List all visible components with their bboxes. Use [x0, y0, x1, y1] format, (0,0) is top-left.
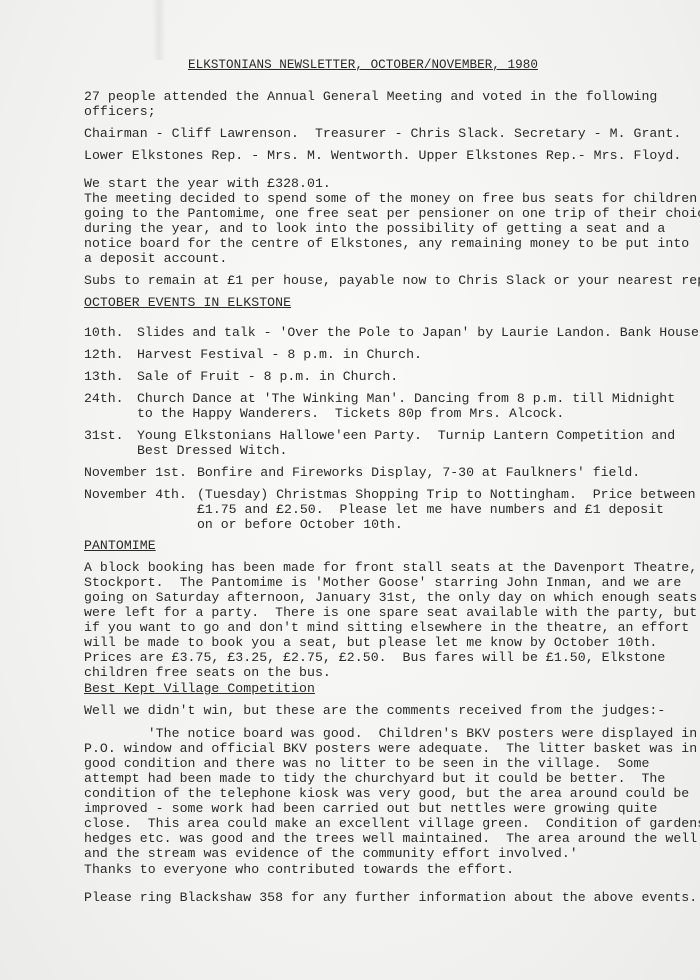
- event-text: to the Happy Wanderers. Tickets 80p from…: [137, 406, 564, 421]
- event-date: 10th.: [84, 325, 124, 340]
- newsletter-page: ELKSTONIANS NEWSLETTER, OCTOBER/NOVEMBER…: [0, 0, 700, 980]
- event-text: Harvest Festival - 8 p.m. in Church.: [137, 347, 422, 362]
- event-text: Church Dance at 'The Winking Man'. Danci…: [137, 391, 675, 406]
- pantomime-line: children free seats on the bus.: [84, 665, 331, 680]
- subs-line: Subs to remain at £1 per house, payable …: [84, 273, 700, 288]
- bkv-quote-line: condition of the telephone kiosk was ver…: [84, 786, 689, 801]
- bkv-quote-line: attempt had been made to tidy the church…: [84, 771, 665, 786]
- agm-intro-line: officers;: [84, 104, 156, 119]
- paper-fold: [152, 0, 166, 60]
- event-text: on or before October 10th.: [197, 517, 403, 532]
- contact-line: Please ring Blackshaw 358 for any furthe…: [84, 890, 697, 905]
- bkv-quote-line: 'The notice board was good. Children's B…: [84, 726, 697, 741]
- events-heading: OCTOBER EVENTS IN ELKSTONE: [84, 295, 291, 310]
- decision-line: The meeting decided to spend some of the…: [84, 191, 697, 206]
- event-date: November 1st.: [84, 465, 187, 480]
- event-text: Slides and talk - 'Over the Pole to Japa…: [137, 325, 700, 340]
- officers-line: Lower Elkstones Rep. - Mrs. M. Wentworth…: [84, 148, 681, 163]
- bkv-thanks: Thanks to everyone who contributed towar…: [84, 862, 514, 877]
- decision-line: going to the Pantomime, one free seat pe…: [84, 206, 700, 221]
- event-date: 31st.: [84, 428, 124, 443]
- pantomime-line: A block booking has been made for front …: [84, 560, 697, 575]
- event-text: Sale of Fruit - 8 p.m. in Church.: [137, 369, 398, 384]
- event-date: 12th.: [84, 347, 124, 362]
- pantomime-line: were left for a party. There is one spar…: [84, 605, 697, 620]
- bkv-quote-line: P.O. window and official BKV posters wer…: [84, 741, 697, 756]
- event-date: 24th.: [84, 391, 124, 406]
- event-text: Bonfire and Fireworks Display, 7-30 at F…: [197, 465, 640, 480]
- bkv-quote-line: good condition and there was no litter t…: [84, 756, 649, 771]
- agm-intro-line: 27 people attended the Annual General Me…: [84, 89, 657, 104]
- bkv-quote-line: improved - some work had been carried ou…: [84, 801, 657, 816]
- decision-line: a deposit account.: [84, 251, 227, 266]
- event-text: £1.75 and £2.50. Please let me have numb…: [197, 502, 664, 517]
- event-date: 13th.: [84, 369, 124, 384]
- pantomime-line: Stockport. The Pantomime is 'Mother Goos…: [84, 575, 681, 590]
- bkv-heading: Best Kept Village Competition: [84, 681, 315, 696]
- pantomime-line: Prices are £3.75, £3.25, £2.75, £2.50. B…: [84, 650, 665, 665]
- decision-line: notice board for the centre of Elkstones…: [84, 236, 689, 251]
- pantomime-line: if you want to go and don't mind sitting…: [84, 620, 689, 635]
- bkv-quote-line: and the stream was evidence of the commu…: [84, 846, 578, 861]
- event-text: Best Dressed Witch.: [137, 443, 287, 458]
- newsletter-title: ELKSTONIANS NEWSLETTER, OCTOBER/NOVEMBER…: [188, 58, 538, 73]
- pantomime-heading: PANTOMIME: [84, 538, 156, 553]
- balance-line: We start the year with £328.01.: [84, 176, 331, 191]
- event-date: November 4th.: [84, 487, 187, 502]
- bkv-quote-line: hedges etc. was good and the trees well …: [84, 831, 697, 846]
- bkv-intro: Well we didn't win, but these are the co…: [84, 703, 665, 718]
- pantomime-line: going on Saturday afternoon, January 31s…: [84, 590, 697, 605]
- officers-line: Chairman - Cliff Lawrenson. Treasurer - …: [84, 126, 681, 141]
- event-text: (Tuesday) Christmas Shopping Trip to Not…: [197, 487, 696, 502]
- event-text: Young Elkstonians Hallowe'een Party. Tur…: [137, 428, 675, 443]
- bkv-quote-line: close. This area could make an excellent…: [84, 816, 700, 831]
- pantomime-line: will be made to book you a seat, but ple…: [84, 635, 657, 650]
- decision-line: during the year, and to look into the po…: [84, 221, 665, 236]
